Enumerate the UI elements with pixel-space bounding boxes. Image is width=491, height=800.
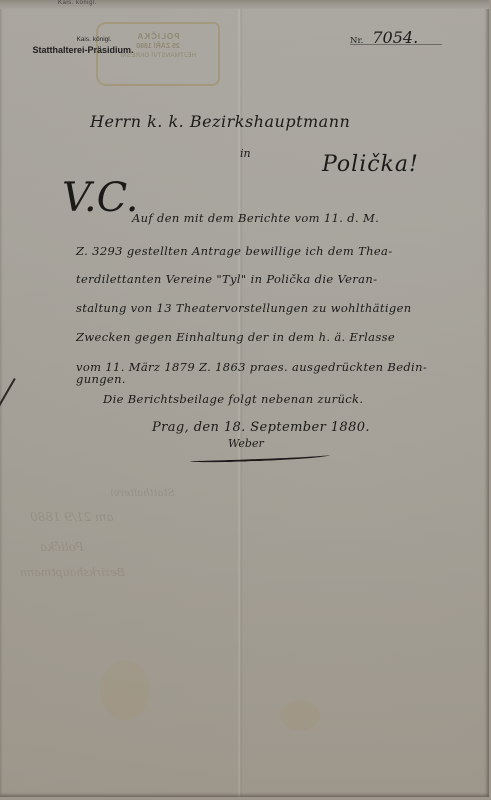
body-line: gungen. — [76, 372, 126, 386]
paper-stain — [280, 700, 320, 730]
body-line: staltung von 13 Theatervorstellungen zu … — [76, 301, 412, 315]
bleed-through-text: Bezirkshauptmann — [20, 566, 125, 579]
letterhead-line-1: Kais. königl. — [50, 36, 138, 43]
addressee-in: in — [240, 147, 251, 160]
signature: Weber — [228, 437, 264, 450]
body-line: Zwecken gegen Einhaltung der in dem h. ä… — [76, 330, 395, 344]
letterhead: Kais. königl. Statthalterei-Präsidium. — [28, 36, 138, 55]
addressee-place: Polička! — [322, 152, 419, 177]
salutation-mark: V.C. — [62, 175, 139, 221]
document-page: Kais. königl. POLIČKA 25 ZÁŘÍ 1880 HEJTM… — [0, 0, 489, 797]
body-line: Auf den mit dem Berichte vom 11. d. M. — [132, 211, 379, 225]
top-edge-text-fragment: Kais. königl. — [58, 0, 97, 6]
body-line: Z. 3293 gestellten Antrage bewillige ich… — [76, 244, 392, 258]
letterhead-line-2: Statthalterei-Präsidium. — [28, 45, 138, 55]
bleed-through-text: Polička — [40, 540, 84, 554]
addressee-line: Herrn k. k. Bezirkshauptmann — [90, 112, 350, 131]
margin-mark — [0, 378, 16, 427]
signature-flourish — [190, 453, 330, 464]
paper-stain — [100, 660, 150, 720]
reference-number: Nr. 7054. — [350, 28, 445, 47]
enclosure-note: Die Berichtsbeilage folgt nebenan zurück… — [103, 392, 363, 406]
bleed-through-text: am 21/9 1880 — [30, 510, 114, 524]
reference-underline — [350, 44, 442, 45]
body-line: vom 11. März 1879 Z. 1863 praes. ausgedr… — [76, 360, 427, 374]
bleed-through-text: Statthalterei — [110, 488, 174, 499]
dateline: Prag, den 18. September 1880. — [152, 420, 370, 435]
body-line: terdilettanten Vereine "Tyl" in Polička … — [76, 272, 377, 286]
